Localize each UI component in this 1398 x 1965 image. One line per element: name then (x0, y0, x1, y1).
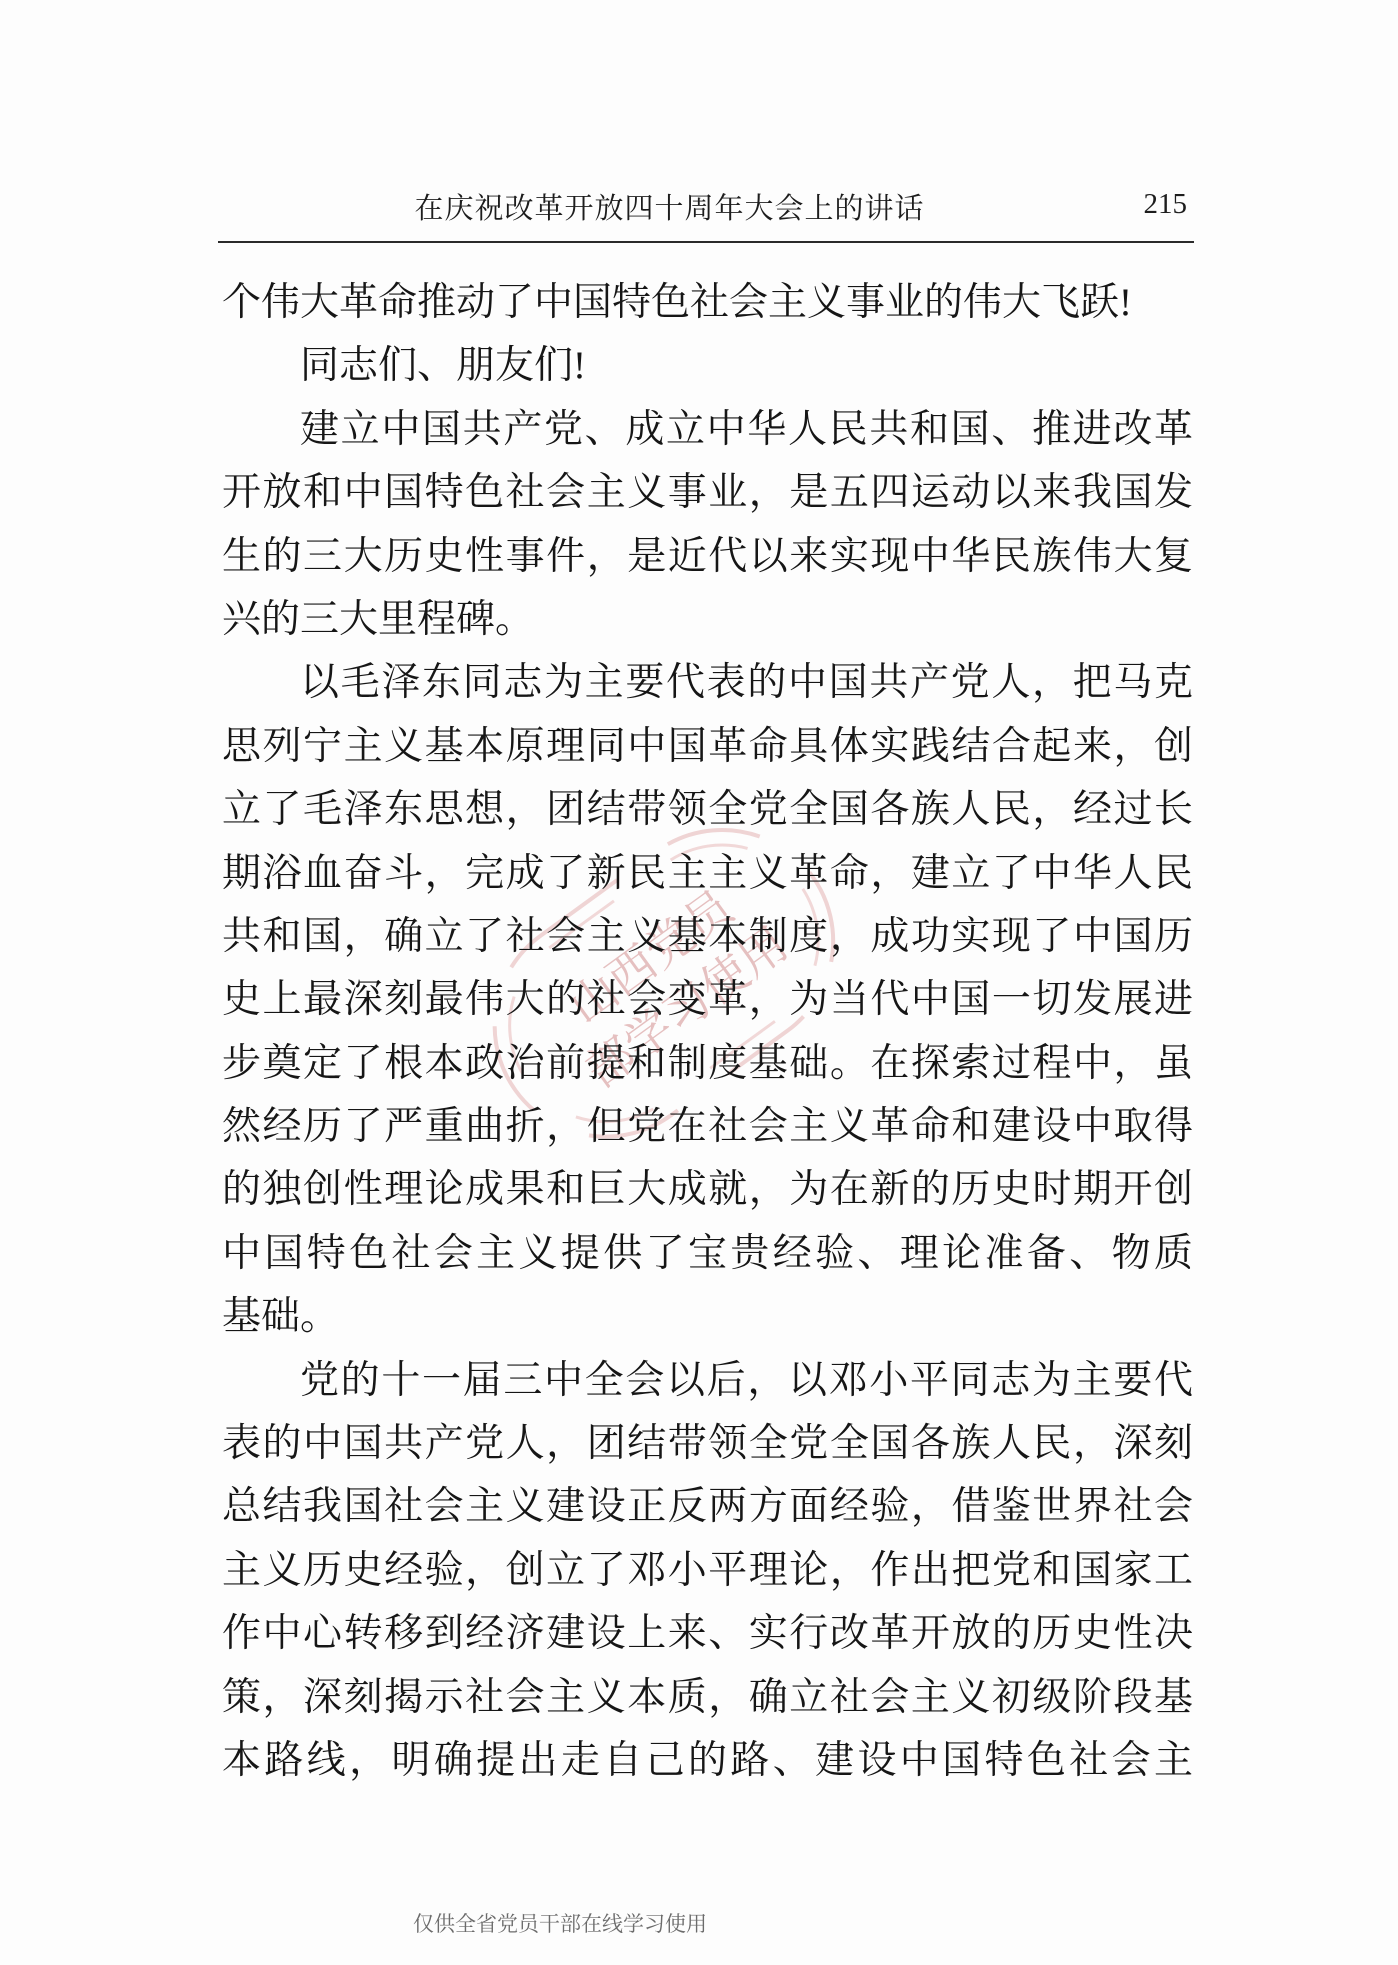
text-line: 生的三大历史性事件，是近代以来实现中华民族伟大复 (222, 525, 1193, 588)
book-page: 在庆祝改革开放四十周年大会上的讲话 215 山西党员 部学习使用 个伟大革命推动… (0, 0, 1398, 1965)
footer-notice: 仅供全省党员干部在线学习使用 (413, 1908, 707, 1938)
text-line: 的独创性理论成果和巨大成就，为在新的历史时期开创 (222, 1158, 1193, 1221)
text-line: 主义历史经验，创立了邓小平理论，作出把党和国家工 (222, 1539, 1193, 1602)
text-line: 策，深刻揭示社会主义本质，确立社会主义初级阶段基 (222, 1666, 1193, 1729)
text-line: 作中心转移到经济建设上来、实行改革开放的历史性决 (222, 1602, 1193, 1665)
text-line: 然经历了严重曲折，但党在社会主义革命和建设中取得 (222, 1095, 1193, 1158)
text-line: 立了毛泽东思想，团结带领全党全国各族人民，经过长 (222, 778, 1193, 841)
text-line: 期浴血奋斗，完成了新民主主义革命，建立了中华人民 (222, 842, 1193, 905)
speech-body-text: 个伟大革命推动了中国特色社会主义事业的伟大飞跃!同志们、朋友们!建立中国共产党、… (222, 271, 1193, 1792)
running-title: 在庆祝改革开放四十周年大会上的讲话 (184, 186, 1155, 227)
page-number: 215 (1144, 188, 1188, 221)
text-line: 史上最深刻最伟大的社会变革，为当代中国一切发展进 (222, 968, 1193, 1031)
text-line: 兴的三大里程碑。 (222, 588, 1193, 651)
text-line: 个伟大革命推动了中国特色社会主义事业的伟大飞跃! (222, 271, 1193, 334)
page-footer: 仅供全省党员干部在线学习使用 (0, 1908, 1120, 1938)
text-line: 思列宁主义基本原理同中国革命具体实践结合起来，创 (222, 715, 1193, 778)
text-line: 建立中国共产党、成立中华人民共和国、推进改革 (222, 398, 1193, 461)
text-line: 本路线，明确提出走自己的路、建设中国特色社会主 (222, 1729, 1193, 1792)
header-rule (218, 241, 1194, 243)
text-line: 党的十一届三中全会以后，以邓小平同志为主要代 (222, 1349, 1193, 1412)
text-line: 基础。 (222, 1285, 1193, 1348)
text-line: 步奠定了根本政治前提和制度基础。在探索过程中，虽 (222, 1032, 1193, 1095)
text-line: 开放和中国特色社会主义事业，是五四运动以来我国发 (222, 461, 1193, 524)
text-line: 同志们、朋友们! (222, 334, 1193, 397)
text-line: 总结我国社会主义建设正反两方面经验，借鉴世界社会 (222, 1475, 1193, 1538)
page-header: 在庆祝改革开放四十周年大会上的讲话 215 (222, 0, 1193, 246)
text-line: 表的中国共产党人，团结带领全党全国各族人民，深刻 (222, 1412, 1193, 1475)
text-line: 中国特色社会主义提供了宝贵经验、理论准备、物质 (222, 1222, 1193, 1285)
text-line: 共和国，确立了社会主义基本制度，成功实现了中国历 (222, 905, 1193, 968)
text-line: 以毛泽东同志为主要代表的中国共产党人，把马克 (222, 651, 1193, 714)
